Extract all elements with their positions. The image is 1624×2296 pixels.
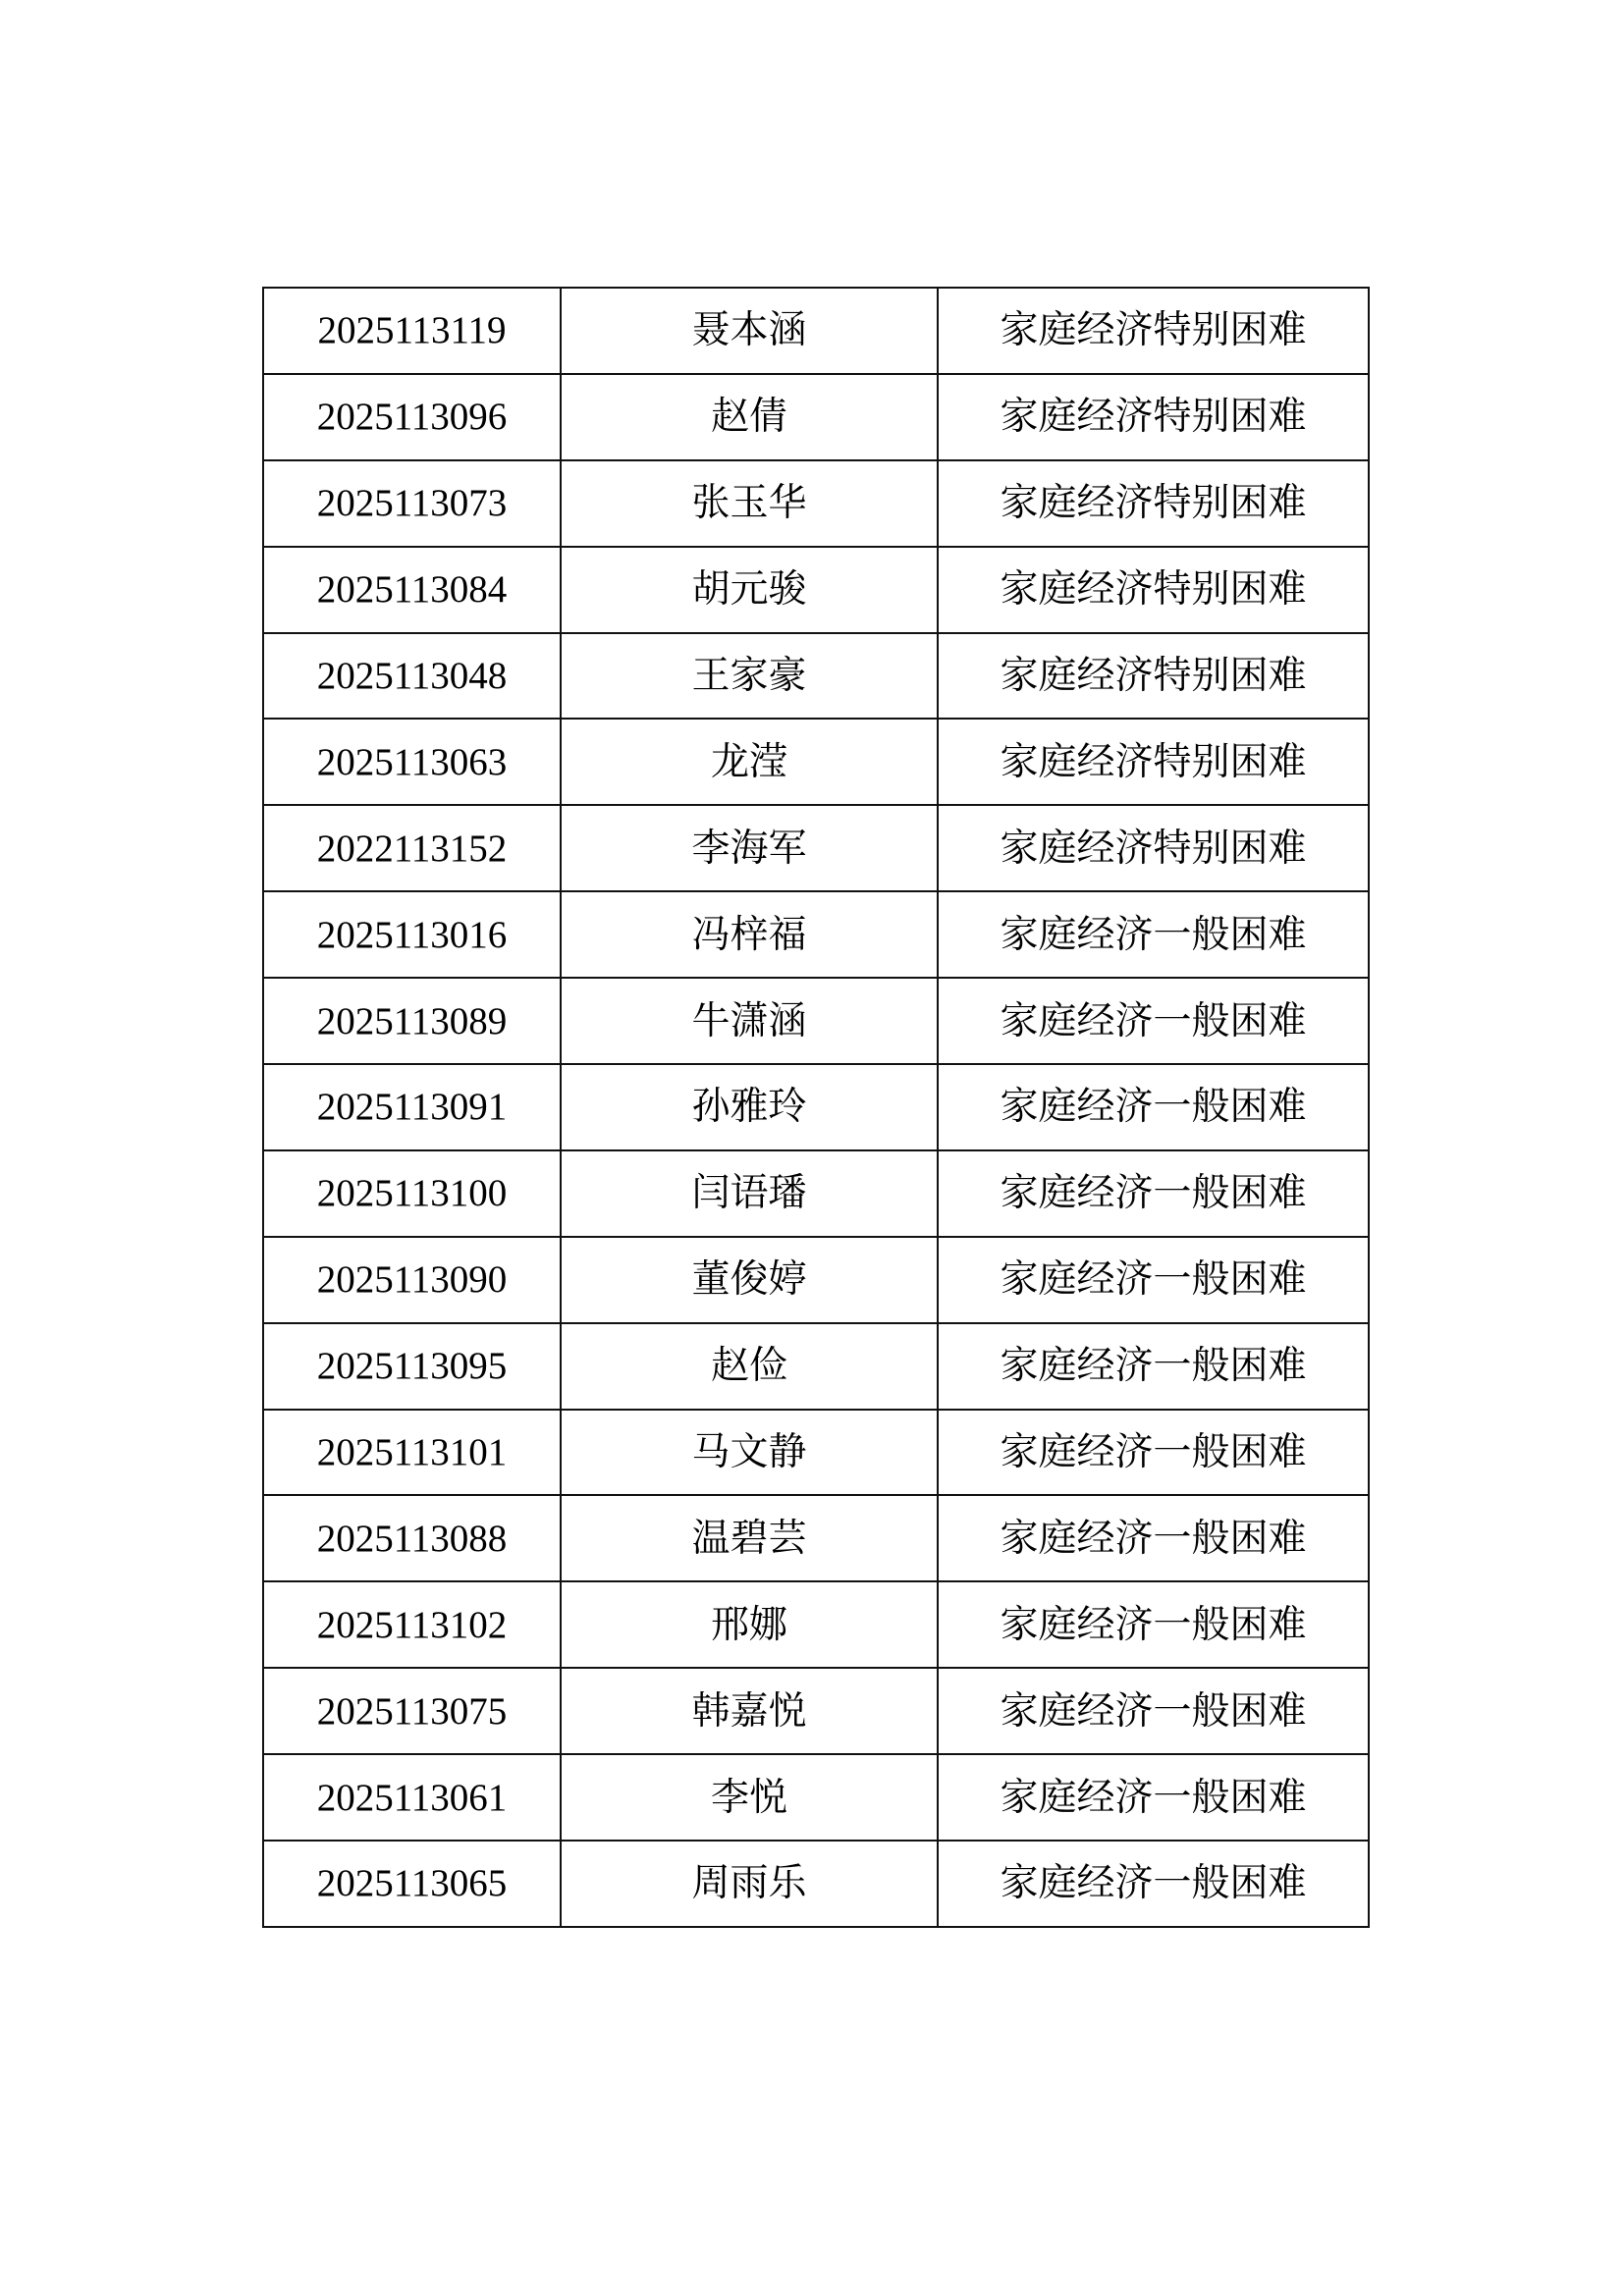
student-id-cell: 2025113016 [263, 891, 561, 978]
table-row: 2025113061李悦家庭经济一般困难 [263, 1754, 1369, 1841]
table-row: 2025113073张玉华家庭经济特别困难 [263, 460, 1369, 547]
student-name-cell: 冯梓福 [561, 891, 938, 978]
table-row: 2025113016冯梓福家庭经济一般困难 [263, 891, 1369, 978]
student-id-cell: 2025113102 [263, 1581, 561, 1668]
status-cell: 家庭经济一般困难 [938, 978, 1369, 1064]
status-cell: 家庭经济特别困难 [938, 547, 1369, 633]
student-id-cell: 2025113091 [263, 1064, 561, 1150]
student-id-cell: 2025113096 [263, 374, 561, 460]
table-row: 2025113102邢娜家庭经济一般困难 [263, 1581, 1369, 1668]
student-name-cell: 孙雅玲 [561, 1064, 938, 1150]
student-name-cell: 龙滢 [561, 719, 938, 805]
table-row: 2025113091孙雅玲家庭经济一般困难 [263, 1064, 1369, 1150]
table-row: 2025113101马文静家庭经济一般困难 [263, 1410, 1369, 1496]
student-funding-table-body: 2025113119聂本涵家庭经济特别困难2025113096赵倩家庭经济特别困… [263, 288, 1369, 1927]
student-name-cell: 闫语璠 [561, 1150, 938, 1237]
student-id-cell: 2025113101 [263, 1410, 561, 1496]
student-name-cell: 李悦 [561, 1754, 938, 1841]
status-cell: 家庭经济一般困难 [938, 891, 1369, 978]
status-cell: 家庭经济特别困难 [938, 288, 1369, 374]
student-id-cell: 2025113063 [263, 719, 561, 805]
student-name-cell: 张玉华 [561, 460, 938, 547]
student-name-cell: 周雨乐 [561, 1841, 938, 1927]
table-row: 2025113095赵俭家庭经济一般困难 [263, 1323, 1369, 1410]
student-id-cell: 2025113073 [263, 460, 561, 547]
student-id-cell: 2025113084 [263, 547, 561, 633]
table-row: 2025113100闫语璠家庭经济一般困难 [263, 1150, 1369, 1237]
status-cell: 家庭经济一般困难 [938, 1150, 1369, 1237]
student-id-cell: 2022113152 [263, 805, 561, 891]
table-row: 2025113096赵倩家庭经济特别困难 [263, 374, 1369, 460]
table-row: 2025113065周雨乐家庭经济一般困难 [263, 1841, 1369, 1927]
status-cell: 家庭经济一般困难 [938, 1754, 1369, 1841]
document-page: 2025113119聂本涵家庭经济特别困难2025113096赵倩家庭经济特别困… [0, 0, 1624, 2296]
student-name-cell: 赵俭 [561, 1323, 938, 1410]
table-row: 2025113090董俊婷家庭经济一般困难 [263, 1237, 1369, 1323]
table-row: 2025113119聂本涵家庭经济特别困难 [263, 288, 1369, 374]
student-id-cell: 2025113065 [263, 1841, 561, 1927]
table-row: 2025113088温碧芸家庭经济一般困难 [263, 1495, 1369, 1581]
status-cell: 家庭经济一般困难 [938, 1495, 1369, 1581]
student-name-cell: 李海军 [561, 805, 938, 891]
table-row: 2025113089牛潇涵家庭经济一般困难 [263, 978, 1369, 1064]
table-row: 2025113048王家豪家庭经济特别困难 [263, 633, 1369, 720]
status-cell: 家庭经济一般困难 [938, 1323, 1369, 1410]
status-cell: 家庭经济一般困难 [938, 1064, 1369, 1150]
student-id-cell: 2025113089 [263, 978, 561, 1064]
status-cell: 家庭经济特别困难 [938, 719, 1369, 805]
student-name-cell: 韩嘉悦 [561, 1668, 938, 1754]
status-cell: 家庭经济特别困难 [938, 633, 1369, 720]
student-name-cell: 温碧芸 [561, 1495, 938, 1581]
status-cell: 家庭经济一般困难 [938, 1410, 1369, 1496]
table-row: 2025113084胡元骏家庭经济特别困难 [263, 547, 1369, 633]
status-cell: 家庭经济特别困难 [938, 805, 1369, 891]
student-id-cell: 2025113119 [263, 288, 561, 374]
student-name-cell: 王家豪 [561, 633, 938, 720]
status-cell: 家庭经济特别困难 [938, 460, 1369, 547]
status-cell: 家庭经济一般困难 [938, 1237, 1369, 1323]
student-name-cell: 聂本涵 [561, 288, 938, 374]
student-id-cell: 2025113100 [263, 1150, 561, 1237]
student-id-cell: 2025113088 [263, 1495, 561, 1581]
student-id-cell: 2025113048 [263, 633, 561, 720]
student-funding-table: 2025113119聂本涵家庭经济特别困难2025113096赵倩家庭经济特别困… [262, 287, 1370, 1928]
student-name-cell: 赵倩 [561, 374, 938, 460]
status-cell: 家庭经济一般困难 [938, 1668, 1369, 1754]
student-id-cell: 2025113095 [263, 1323, 561, 1410]
status-cell: 家庭经济特别困难 [938, 374, 1369, 460]
student-name-cell: 董俊婷 [561, 1237, 938, 1323]
table-row: 2025113063龙滢家庭经济特别困难 [263, 719, 1369, 805]
table-row: 2025113075韩嘉悦家庭经济一般困难 [263, 1668, 1369, 1754]
table-row: 2022113152李海军家庭经济特别困难 [263, 805, 1369, 891]
student-id-cell: 2025113090 [263, 1237, 561, 1323]
status-cell: 家庭经济一般困难 [938, 1581, 1369, 1668]
student-name-cell: 牛潇涵 [561, 978, 938, 1064]
status-cell: 家庭经济一般困难 [938, 1841, 1369, 1927]
student-id-cell: 2025113075 [263, 1668, 561, 1754]
student-name-cell: 马文静 [561, 1410, 938, 1496]
student-id-cell: 2025113061 [263, 1754, 561, 1841]
student-name-cell: 邢娜 [561, 1581, 938, 1668]
student-name-cell: 胡元骏 [561, 547, 938, 633]
